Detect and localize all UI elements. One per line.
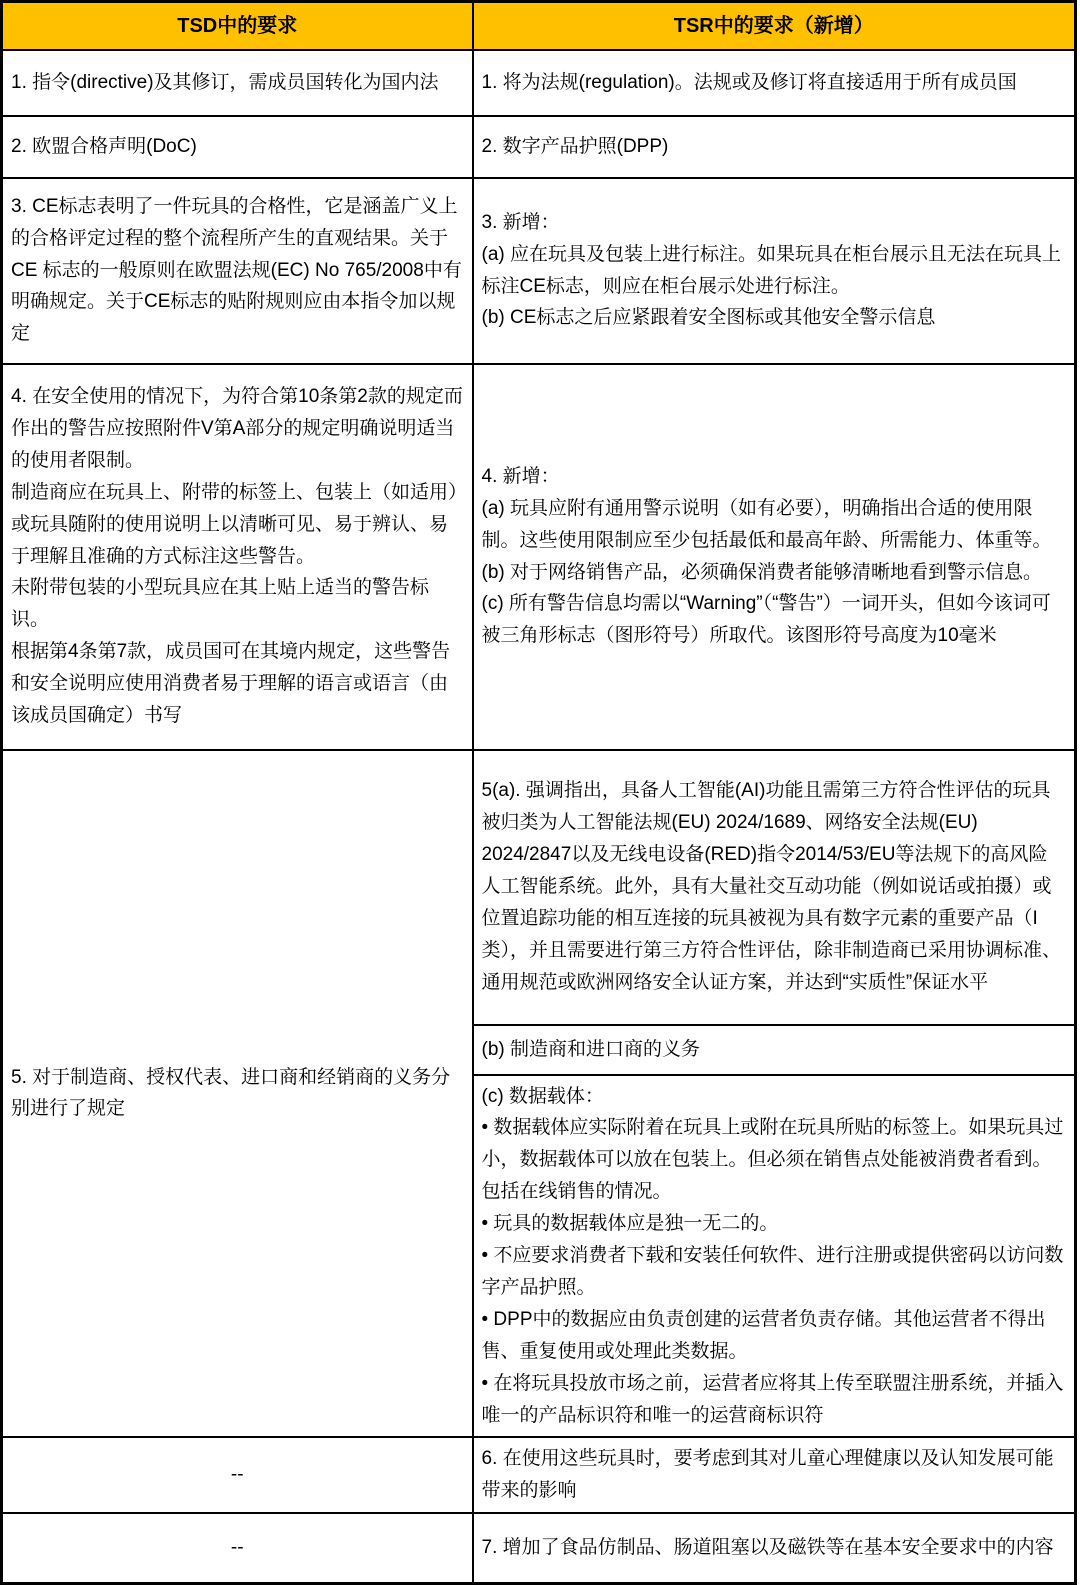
cell-row2-tsr: 2. 数字产品护照(DPP) bbox=[473, 116, 1076, 178]
cell-row6-tsr: 6. 在使用这些玩具时，要考虑到其对儿童心理健康以及认知发展可能带来的影响 bbox=[473, 1437, 1076, 1513]
cell-row3-tsr: 3. 新增： (a) 应在玩具及包装上进行标注。如果玩具在柜台展示且无法在玩具上… bbox=[473, 178, 1076, 364]
table-row: -- 7. 增加了食品仿制品、肠道阻塞以及磁铁等在基本安全要求中的内容 bbox=[2, 1513, 1076, 1583]
table-row: 4. 在安全使用的情况下，为符合第10条第2款的规定而作出的警告应按照附件V第A… bbox=[2, 364, 1076, 750]
header-cell-tsd: TSD中的要求 bbox=[2, 2, 473, 50]
cell-row1-tsr: 1. 将为法规(regulation)。法规或及修订将直接适用于所有成员国 bbox=[473, 50, 1076, 116]
tsd-tsr-comparison-table: TSD中的要求 TSR中的要求（新增） 1. 指令(directive)及其修订… bbox=[0, 0, 1077, 1585]
cell-row5a-tsr: 5(a). 强调指出，具备人工智能(AI)功能且需第三方符合性评估的玩具被归类为… bbox=[473, 750, 1076, 1025]
table-row: 1. 指令(directive)及其修订，需成员国转化为国内法 1. 将为法规(… bbox=[2, 50, 1076, 116]
cell-row4-tsd: 4. 在安全使用的情况下，为符合第10条第2款的规定而作出的警告应按照附件V第A… bbox=[2, 364, 473, 750]
cell-row7-tsd: -- bbox=[2, 1513, 473, 1583]
table-row: -- 6. 在使用这些玩具时，要考虑到其对儿童心理健康以及认知发展可能带来的影响 bbox=[2, 1437, 1076, 1513]
document-page: TSD中的要求 TSR中的要求（新增） 1. 指令(directive)及其修订… bbox=[0, 0, 1080, 1585]
cell-row7-tsr: 7. 增加了食品仿制品、肠道阻塞以及磁铁等在基本安全要求中的内容 bbox=[473, 1513, 1076, 1583]
cell-row3-tsd: 3. CE标志表明了一件玩具的合格性，它是涵盖广义上的合格评定过程的整个流程所产… bbox=[2, 178, 473, 364]
table-row: 2. 欧盟合格声明(DoC) 2. 数字产品护照(DPP) bbox=[2, 116, 1076, 178]
table-row: 5. 对于制造商、授权代表、进口商和经销商的义务分别进行了规定 5(a). 强调… bbox=[2, 750, 1076, 1025]
cell-row1-tsd: 1. 指令(directive)及其修订，需成员国转化为国内法 bbox=[2, 50, 473, 116]
cell-row5-tsd: 5. 对于制造商、授权代表、进口商和经销商的义务分别进行了规定 bbox=[2, 750, 473, 1438]
cell-row4-tsr: 4. 新增： (a) 玩具应附有通用警示说明（如有必要），明确指出合适的使用限制… bbox=[473, 364, 1076, 750]
cell-row6-tsd: -- bbox=[2, 1437, 473, 1513]
cell-row2-tsd: 2. 欧盟合格声明(DoC) bbox=[2, 116, 473, 178]
table-header-row: TSD中的要求 TSR中的要求（新增） bbox=[2, 2, 1076, 50]
cell-row5c-tsr: (c) 数据载体： • 数据载体应实际附着在玩具上或附在玩具所贴的标签上。如果玩… bbox=[473, 1075, 1076, 1438]
table-row: 3. CE标志表明了一件玩具的合格性，它是涵盖广义上的合格评定过程的整个流程所产… bbox=[2, 178, 1076, 364]
cell-row5b-tsr: (b) 制造商和进口商的义务 bbox=[473, 1025, 1076, 1075]
header-cell-tsr: TSR中的要求（新增） bbox=[473, 2, 1076, 50]
